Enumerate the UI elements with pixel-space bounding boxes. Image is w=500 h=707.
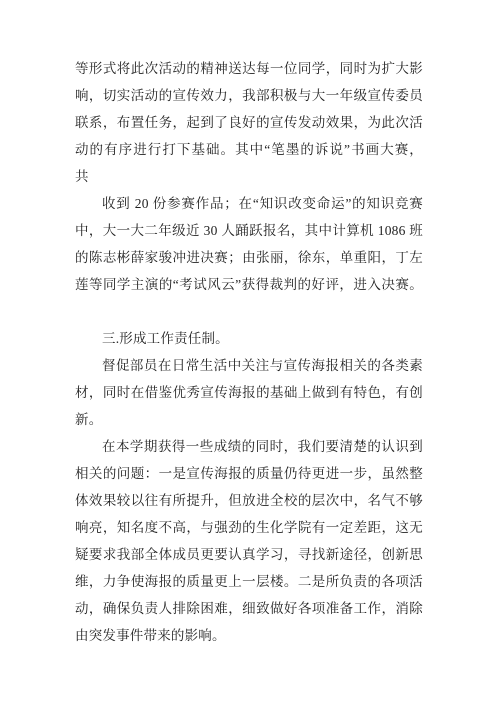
document-page: 等形式将此次活动的精神送达每一位同学，同时为扩大影响，切实活动的宣传效力，我部积… [75,55,423,649]
text-line: 共 [75,163,423,190]
paragraph: 在本学期获得一些成绩的同时，我们要清楚的认识到相关的问题：一是宣传海报的质量仍待… [75,433,423,649]
paragraph: 收到 20 份参赛作品；在“知识改变命运”的知识竞赛中，大一大二年级近 30 人… [75,190,423,298]
paragraph: 等形式将此次活动的精神送达每一位同学，同时为扩大影响，切实活动的宣传效力，我部积… [75,55,423,190]
text-line: 在本学期获得一些成绩的同时，我们要清楚的认识到 [75,433,423,460]
text-line: 督促部员在日常生活中关注与宣传海报相关的各类素 [75,352,423,379]
text-line: 材，同时在借鉴优秀宣传海报的基础上做到有特色，有创 [75,379,423,406]
paragraph: 督促部员在日常生活中关注与宣传海报相关的各类素材，同时在借鉴优秀宣传海报的基础上… [75,352,423,433]
text-line: 体效果较以往有所提升，但放进全校的层次中，名气不够 [75,487,423,514]
text-line: 动，确保负责人排除困难，细致做好各项准备工作，消除 [75,595,423,622]
text-line: 中，大一大二年级近 30 人踊跃报名，其中计算机 1086 班 [75,217,423,244]
text-line: 三.形成工作责任制。 [75,325,423,352]
paragraph-spacer [75,298,423,325]
text-line: 维，力争使海报的质量更上一层楼。二是所负责的各项活 [75,568,423,595]
text-line: 收到 20 份参赛作品；在“知识改变命运”的知识竞赛 [75,190,423,217]
text-line: 相关的问题：一是宣传海报的质量仍待更进一步，虽然整 [75,460,423,487]
text-line: 莲等同学主演的“考试风云”获得裁判的好评，进入决赛。 [75,271,423,298]
text-line: 疑要求我部全体成员更要认真学习，寻找新途径，创新思 [75,541,423,568]
text-line: 联系，布置任务，起到了良好的宣传发动效果，为此次活 [75,109,423,136]
document-body: 等形式将此次活动的精神送达每一位同学，同时为扩大影响，切实活动的宣传效力，我部积… [75,55,423,649]
text-line: 新。 [75,406,423,433]
text-line: 响亮，知名度不高，与强劲的生化学院有一定差距，这无 [75,514,423,541]
text-line: 的陈志彬薛家骏冲进决赛；由张丽，徐东，单重阳，丁左 [75,244,423,271]
text-line: 由突发事件带来的影响。 [75,622,423,649]
text-line: 等形式将此次活动的精神送达每一位同学，同时为扩大影 [75,55,423,82]
text-line: 响，切实活动的宣传效力，我部积极与大一年级宣传委员 [75,82,423,109]
section-heading: 三.形成工作责任制。 [75,325,423,352]
text-line: 动的有序进行打下基础。其中“笔墨的诉说”书画大赛， [75,136,423,163]
